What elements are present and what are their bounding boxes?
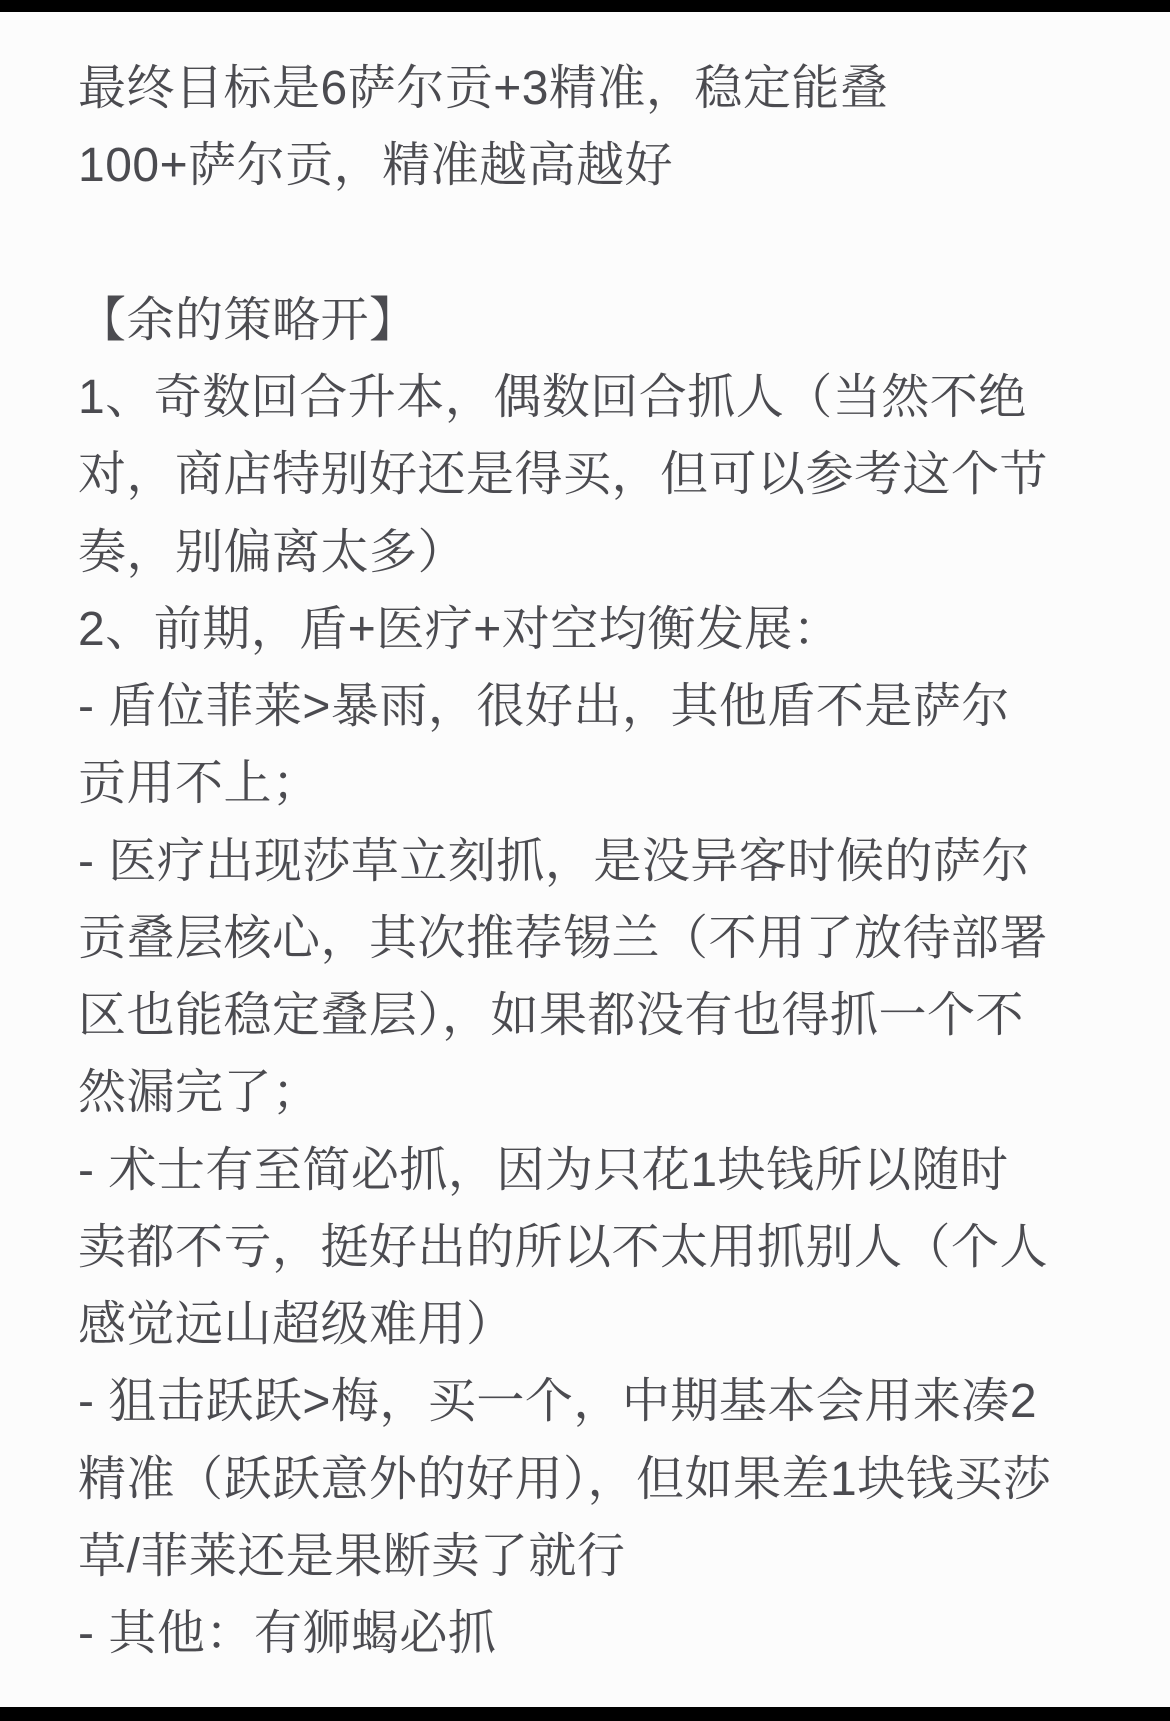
text-line: 【余的策略开】 <box>78 282 1138 359</box>
bottom-letterbox-bar <box>0 1707 1170 1721</box>
text-line: 1、奇数回合升本，偶数回合抓人（当然不绝 <box>78 359 1138 436</box>
text-line: - 术士有至简必抓，因为只花1块钱所以随时 <box>78 1132 1138 1209</box>
text-line: 最终目标是6萨尔贡+3精准，稳定能叠 <box>78 50 1138 127</box>
text-line: 对，商店特别好还是得买，但可以参考这个节 <box>78 436 1138 513</box>
top-letterbox-bar <box>0 0 1170 12</box>
text-line: - 医疗出现莎草立刻抓，是没异客时候的萨尔 <box>78 823 1138 900</box>
text-line: 草/菲莱还是果断卖了就行 <box>78 1518 1138 1595</box>
text-line: 贡叠层核心，其次推荐锡兰（不用了放待部署 <box>78 900 1138 977</box>
text-line: - 盾位菲莱>暴雨，很好出，其他盾不是萨尔 <box>78 668 1138 745</box>
text-line: 卖都不亏，挺好出的所以不太用抓别人（个人 <box>78 1209 1138 1286</box>
text-line: 精准（跃跃意外的好用），但如果差1块钱买莎 <box>78 1441 1138 1518</box>
blank-line <box>78 205 1138 282</box>
text-line: - 狙击跃跃>梅，买一个，中期基本会用来凑2 <box>78 1363 1138 1440</box>
text-line: 100+萨尔贡，精准越高越好 <box>78 127 1138 204</box>
text-line: 区也能稳定叠层），如果都没有也得抓一个不 <box>78 977 1138 1054</box>
text-line: 2、前期，盾+医疗+对空均衡发展： <box>78 591 1138 668</box>
text-line: 贡用不上； <box>78 745 1138 822</box>
note-text-body: 最终目标是6萨尔贡+3精准，稳定能叠100+萨尔贡，精准越高越好【余的策略开】1… <box>78 50 1138 1672</box>
text-line: - 其他：有狮蝎必抓 <box>78 1595 1138 1672</box>
text-line: 奏，别偏离太多） <box>78 514 1138 591</box>
text-line: 然漏完了； <box>78 1054 1138 1131</box>
text-line: 感觉远山超级难用） <box>78 1286 1138 1363</box>
